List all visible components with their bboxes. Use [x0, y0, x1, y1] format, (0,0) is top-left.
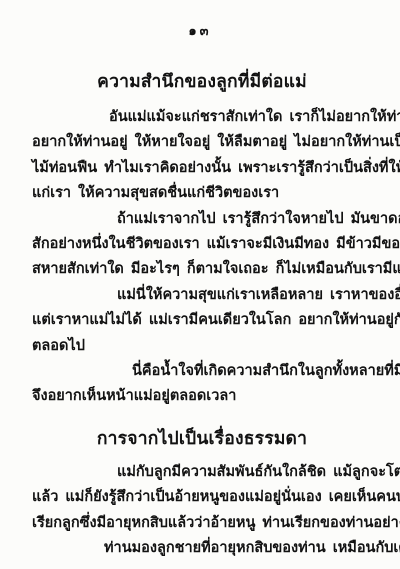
paragraph: แม่นี่ให้ความสุขแก่เราเหลือหลาย เราหาของ…: [32, 283, 372, 359]
text-line: นี่คือน้ำใจที่เกิดความสำนึกในลูกทั้งหลาย…: [32, 359, 372, 384]
text-line: แต่เราหาแม่ไม่ได้ แม่เรามีคนเดียวในโลก อ…: [32, 308, 372, 333]
paragraph: อันแม่แม้จะแก่ชราสักเท่าใด เราก็ไม่อยากใ…: [32, 105, 372, 207]
text-line: แม่กับลูกมีความสัมพันธ์กันใกล้ชิด แม้ลูก…: [32, 460, 372, 485]
section-heading: การจากไปเป็นเรื่องธรรมดา: [32, 424, 372, 452]
paragraph: นี่คือน้ำใจที่เกิดความสำนึกในลูกทั้งหลาย…: [32, 359, 372, 410]
document-page: ๑๓ ความสำนึกของลูกที่มีต่อแม่ อันแม่แม้จ…: [0, 0, 400, 569]
text-line: ไม้ท่อนฟืน ทำไมเราคิดอย่างนั้น เพราะเราร…: [32, 156, 372, 181]
section-2: การจากไปเป็นเรื่องธรรมดา แม่กับลูกมีความ…: [32, 424, 372, 562]
text-line: แล้ว แม่ก็ยังรู้สึกว่าเป็นอ้ายหนูของแม่อ…: [32, 485, 372, 510]
text-line: แก่เรา ให้ความสุขสดชื่นแก่ชีวิตของเรา: [32, 181, 372, 206]
text-line: แม่นี่ให้ความสุขแก่เราเหลือหลาย เราหาของ…: [32, 283, 372, 308]
text-line: ท่านมองลูกชายที่อายุหกสิบของท่าน เหมือนก…: [32, 536, 372, 561]
paragraph: ท่านมองลูกชายที่อายุหกสิบของท่าน เหมือนก…: [32, 536, 372, 561]
text-line: ถ้าแม่เราจากไป เรารู้สึกว่าใจหายไป มันขา…: [32, 207, 372, 232]
text-line: สักอย่างหนึ่งในชีวิตของเรา แม้เราจะมีเงิ…: [32, 232, 372, 257]
text-line: อยากให้ท่านอยู่ ให้หายใจอยู่ ให้ลืมตาอยู…: [32, 130, 372, 155]
text-line: จึงอยากเห็นหน้าแม่อยู่ตลอดเวลา: [32, 384, 372, 409]
page-content: ความสำนึกของลูกที่มีต่อแม่ อันแม่แม้จะแก…: [32, 67, 372, 562]
section-1: ความสำนึกของลูกที่มีต่อแม่ อันแม่แม้จะแก…: [32, 67, 372, 410]
text-line: ตลอดไป: [32, 334, 372, 359]
text-line: เรียกลูกซึ่งมีอายุหกสิบแล้วว่าอ้ายหนู ท่…: [32, 511, 372, 536]
paragraph: ถ้าแม่เราจากไป เรารู้สึกว่าใจหายไป มันขา…: [32, 207, 372, 283]
text-line: สหายสักเท่าใด มีอะไรๆ ก็ตามใจเถอะ ก็ไม่เ…: [32, 257, 372, 282]
page-number: ๑๓: [0, 0, 400, 41]
text-line: อันแม่แม้จะแก่ชราสักเท่าใด เราก็ไม่อยากใ…: [32, 105, 372, 130]
paragraph: แม่กับลูกมีความสัมพันธ์กันใกล้ชิด แม้ลูก…: [32, 460, 372, 536]
section-heading: ความสำนึกของลูกที่มีต่อแม่: [32, 67, 372, 95]
